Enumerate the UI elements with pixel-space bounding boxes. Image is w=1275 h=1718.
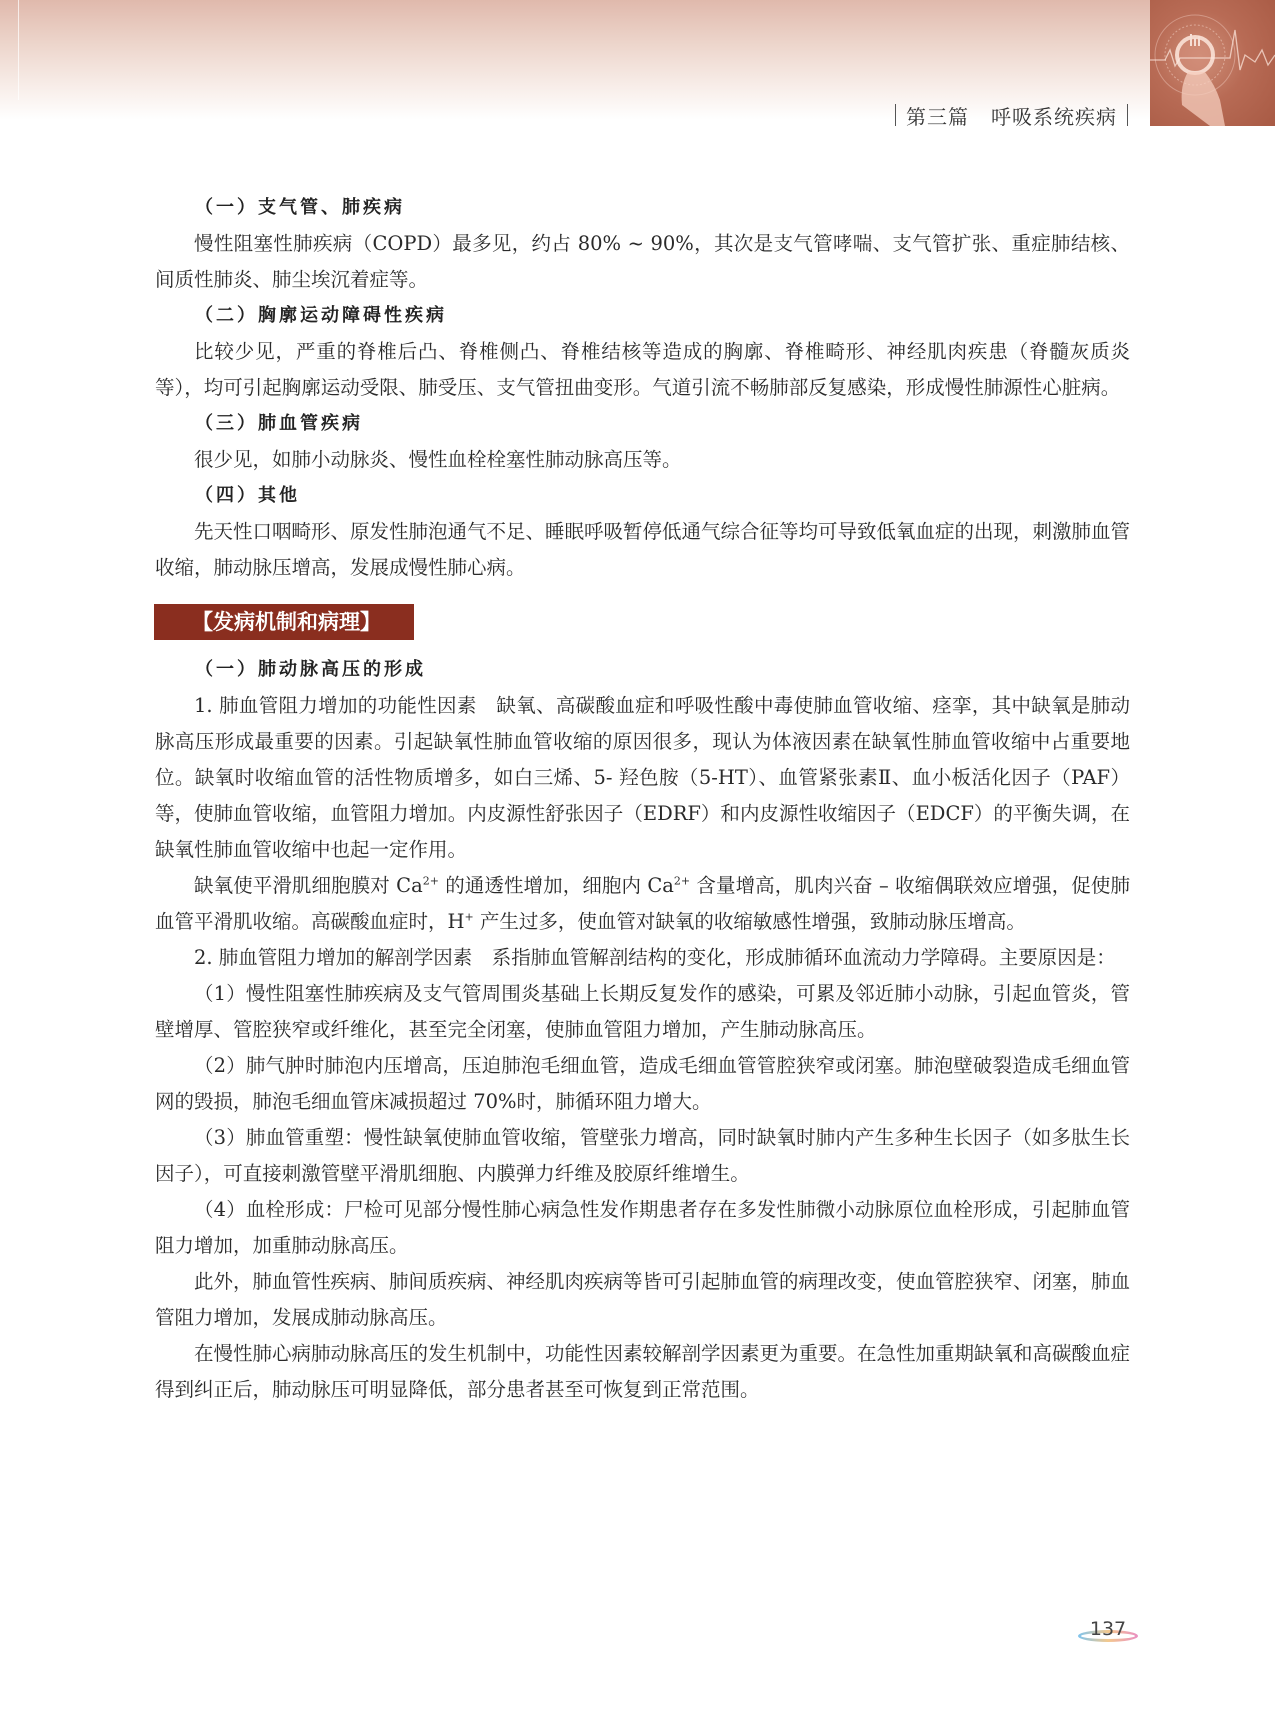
stethoscope-heartbeat-image <box>1150 0 1275 126</box>
header-left-rule <box>18 0 19 100</box>
subheading-pulmonary-vascular-disease: （三）肺血管疾病 <box>155 406 1130 442</box>
running-head: 第三篇 呼吸系统疾病 <box>895 100 1128 130</box>
paragraph-item-1: （1）慢性阻塞性肺疾病及支气管周围炎基础上长期反复发作的感染，可累及邻近肺小动脉… <box>155 976 1130 1048</box>
subheading-bronchial-lung-disease: （一）支气管、肺疾病 <box>155 190 1130 226</box>
paragraph-item-4: （4）血栓形成：尸检可见部分慢性肺心病急性发作期患者存在多发性肺微小动脉原位血栓… <box>155 1192 1130 1264</box>
paragraph: 很少见，如肺小动脉炎、慢性血栓栓塞性肺动脉高压等。 <box>155 442 1130 478</box>
stethoscope-icon <box>1150 0 1275 126</box>
paragraph-functional-factors: 1. 肺血管阻力增加的功能性因素 缺氧、高碳酸血症和呼吸性酸中毒使肺血管收缩、痉… <box>155 688 1130 868</box>
subheading-thoracic-disorders: （二）胸廓运动障碍性疾病 <box>155 298 1130 334</box>
running-head-part: 第三篇 <box>906 101 969 130</box>
section-banner-pathogenesis: 【发病机制和病理】 <box>154 604 414 640</box>
paragraph: 在慢性肺心病肺动脉高压的发生机制中，功能性因素较解剖学因素更为重要。在急性加重期… <box>155 1336 1130 1408</box>
paragraph-calcium: 缺氧使平滑肌细胞膜对 Ca2+ 的通透性增加，细胞内 Ca2+ 含量增高，肌肉兴… <box>155 868 1130 940</box>
paragraph: 此外，肺血管性疾病、肺间质疾病、神经肌肉疾病等皆可引起肺血管的病理改变，使血管腔… <box>155 1264 1130 1336</box>
running-head-divider <box>1127 104 1128 126</box>
page-body: （一）支气管、肺疾病 慢性阻塞性肺疾病（COPD）最多见，约占 80% ~ 90… <box>155 190 1130 1408</box>
page-number: 137 <box>1078 1618 1138 1648</box>
paragraph: 慢性阻塞性肺疾病（COPD）最多见，约占 80% ~ 90%，其次是支气管哮喘、… <box>155 226 1130 298</box>
paragraph-item-3: （3）肺血管重塑：慢性缺氧使肺血管收缩，管壁张力增高，同时缺氧时肺内产生多种生长… <box>155 1120 1130 1192</box>
running-head-title: 呼吸系统疾病 <box>991 101 1117 130</box>
paragraph-anatomic-factors: 2. 肺血管阻力增加的解剖学因素 系指肺血管解剖结构的变化，形成肺循环血流动力学… <box>155 940 1130 976</box>
subheading-pulmonary-hypertension: （一）肺动脉高压的形成 <box>155 652 1130 688</box>
paragraph-item-2: （2）肺气肿时肺泡内压增高，压迫肺泡毛细血管，造成毛细血管管腔狭窄或闭塞。肺泡壁… <box>155 1048 1130 1120</box>
paragraph: 先天性口咽畸形、原发性肺泡通气不足、睡眠呼吸暂停低通气综合征等均可导致低氧血症的… <box>155 514 1130 586</box>
subheading-other: （四）其他 <box>155 478 1130 514</box>
paragraph: 比较少见，严重的脊椎后凸、脊椎侧凸、脊椎结核等造成的胸廓、脊椎畸形、神经肌肉疾患… <box>155 334 1130 406</box>
running-head-divider <box>895 104 896 126</box>
